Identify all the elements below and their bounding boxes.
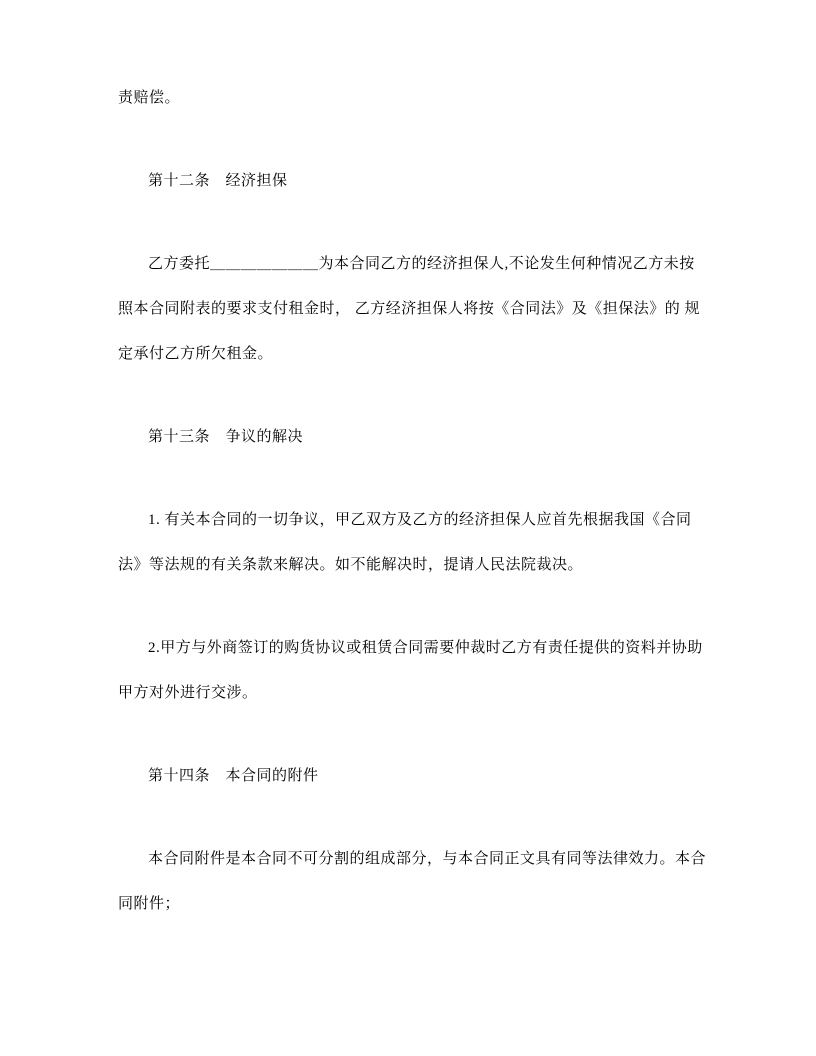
paragraph-dispute-item-1: 1. 有关本合同的一切争议，甲乙双方及乙方的经济担保人应首先根据我国《合同法》等… [118, 498, 706, 588]
paragraph-continuation: 责赔偿。 [118, 76, 706, 121]
paragraph-guarantee-clause: 乙方委托＿＿＿＿＿＿＿为本合同乙方的经济担保人,不论发生何种情况乙方未按照本合同… [118, 242, 706, 377]
document-page: 责赔偿。 第十二条 经济担保 乙方委托＿＿＿＿＿＿＿为本合同乙方的经济担保人,不… [0, 0, 816, 1056]
heading-article-14: 第十四条 本合同的附件 [118, 754, 706, 799]
heading-article-12: 第十二条 经济担保 [118, 159, 706, 204]
paragraph-annex-clause: 本合同附件是本合同不可分割的组成部分，与本合同正文具有同等法律效力。本合同附件； [118, 837, 706, 927]
paragraph-dispute-item-2: 2.甲方与外商签订的购货协议或租赁合同需要仲裁时乙方有责任提供的资料并协助甲方对… [118, 626, 706, 716]
heading-article-13: 第十三条 争议的解决 [118, 415, 706, 460]
